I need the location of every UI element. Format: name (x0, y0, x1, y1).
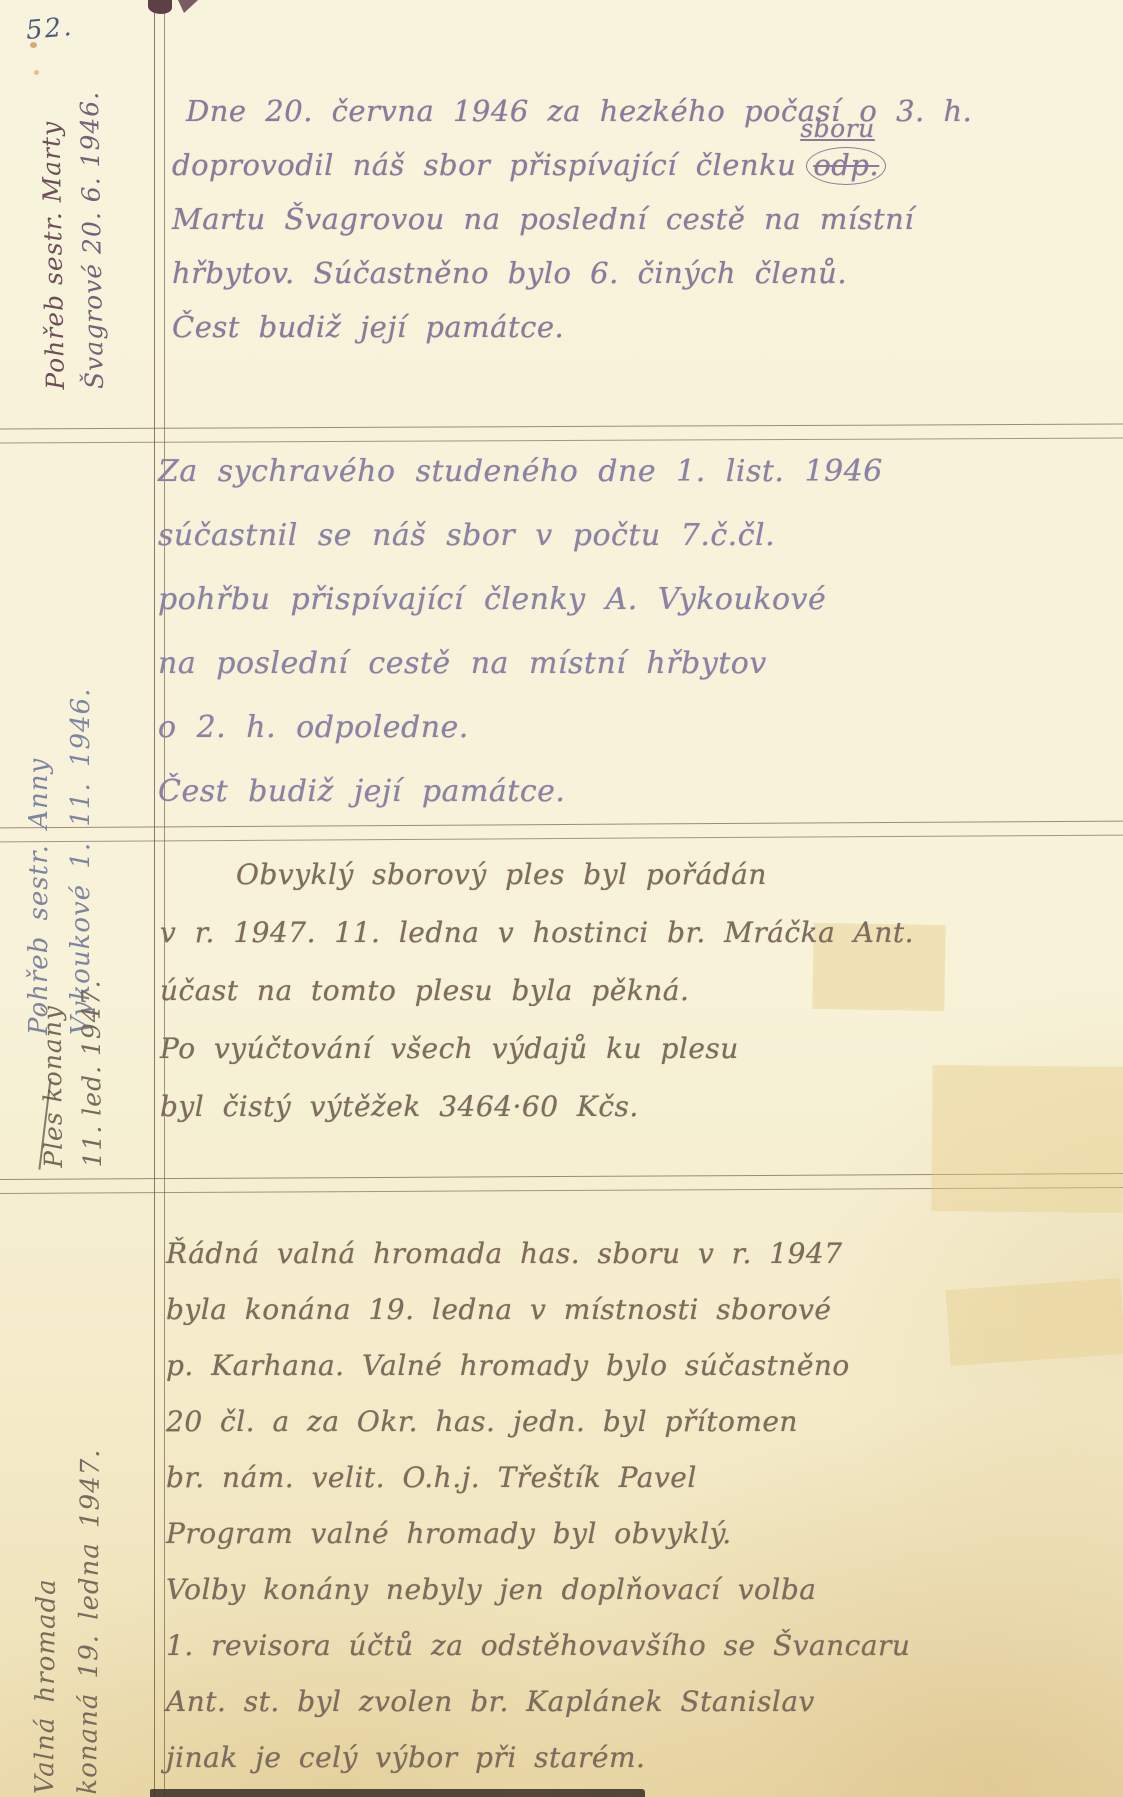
text-line: súčastnil se náš sbor v počtu 7.č.čl. (158, 504, 1108, 568)
margin-note-general-meeting: Valná hromada konaná 19. ledna 1947. (24, 1448, 113, 1795)
entry-ball-1947: Obvyklý sborový ples byl pořádán v r. 19… (160, 846, 1110, 1136)
text-line: Čest budiž její památce. (158, 760, 1108, 824)
text-line: jinak je celý výbor při starém. (166, 1730, 1116, 1786)
paper-stain (34, 70, 39, 75)
text-line: byl čistý výtěžek 3464·60 Kčs. (160, 1078, 1110, 1136)
text-line: účast na tomto plesu byla pěkná. (160, 962, 1110, 1020)
text-line: Martu Švagrovou na poslední cestě na mís… (172, 192, 1102, 246)
entry-funeral-marty: Dne 20. června 1946 za hezkého počasí o … (172, 84, 1102, 354)
text-line: Po vyúčtování všech výdajů ku plesu (160, 1020, 1110, 1078)
text-line: Obvyklý sborový ples byl pořádán (160, 846, 1110, 904)
text-line: 1. revisora účtů za odstěhovavšího se Šv… (166, 1618, 1116, 1674)
entry-general-meeting-1947: Řádná valná hromada has. sboru v r. 1947… (166, 1226, 1116, 1786)
margin-note-ball: Ples konaný 11. led. 1947. (32, 979, 112, 1168)
margin-note-line: Valná hromada (24, 1448, 70, 1794)
margin-note-line: Ples konaný (32, 980, 73, 1168)
text-line: v r. 1947. 11. ledna v hostinci br. Mráč… (160, 904, 1110, 962)
text-line: br. nám. velit. O.h.j. Třeštík Pavel (166, 1450, 1116, 1506)
ink-blob (148, 0, 172, 14)
page-number: 52. (25, 12, 75, 46)
margin-note-funeral-marty: Pohřeb sestr. Marty Švagrové 20. 6. 1946… (31, 91, 114, 390)
text-line: Za sychravého studeného dne 1. list. 194… (158, 440, 1108, 504)
margin-note-line: Švagrové 20. 6. 1946. (70, 91, 114, 390)
text-line: pohřbu přispívající členky A. Vykoukové (158, 568, 1108, 632)
text-line: Volby konány nebyly jen doplňovací volba (166, 1562, 1116, 1618)
text-line: Řádná valná hromada has. sboru v r. 1947 (166, 1226, 1116, 1282)
text-segment: doprovodil náš sbor přispívající členku (172, 148, 796, 182)
entry-funeral-anna: Za sychravého studeného dne 1. list. 194… (158, 440, 1108, 824)
text-line: hřbytov. Súčastněno bylo 6. činých členů… (172, 246, 1102, 300)
chronicle-page: 52. Pohřeb sestr. Marty Švagrové 20. 6. … (0, 0, 1123, 1797)
text-line: Čest budiž její památce. (172, 300, 1102, 354)
text-line: 20 čl. a za Okr. has. jedn. byl přítomen (166, 1394, 1116, 1450)
text-line: Ant. st. byl zvolen br. Kaplánek Stanisl… (166, 1674, 1116, 1730)
text-line: Dne 20. června 1946 za hezkého počasí o … (172, 84, 1102, 138)
margin-note-line: konaná 19. ledna 1947. (67, 1448, 113, 1794)
ink-triangle-mark (178, 0, 198, 13)
scan-edge-shadow (150, 1789, 645, 1797)
inserted-word: sboru (800, 102, 874, 156)
margin-note-line: Pohřeb sestr. Marty (31, 91, 75, 390)
text-line: Program valné hromady byl obvyklý. (166, 1506, 1116, 1562)
text-line: na poslední cestě na místní hřbytov (158, 632, 1108, 696)
margin-note-line: 11. led. 1947. (71, 979, 112, 1167)
text-line: byla konána 19. ledna v místnosti sborov… (166, 1282, 1116, 1338)
text-line: o 2. h. odpoledne. (158, 696, 1108, 760)
paper-stain (30, 42, 37, 48)
text-line-with-correction: doprovodil náš sbor přispívající členkus… (172, 138, 1102, 192)
text-line: p. Karhana. Valné hromady bylo súčastněn… (166, 1338, 1116, 1394)
inline-correction: sboruodp. (806, 138, 886, 192)
